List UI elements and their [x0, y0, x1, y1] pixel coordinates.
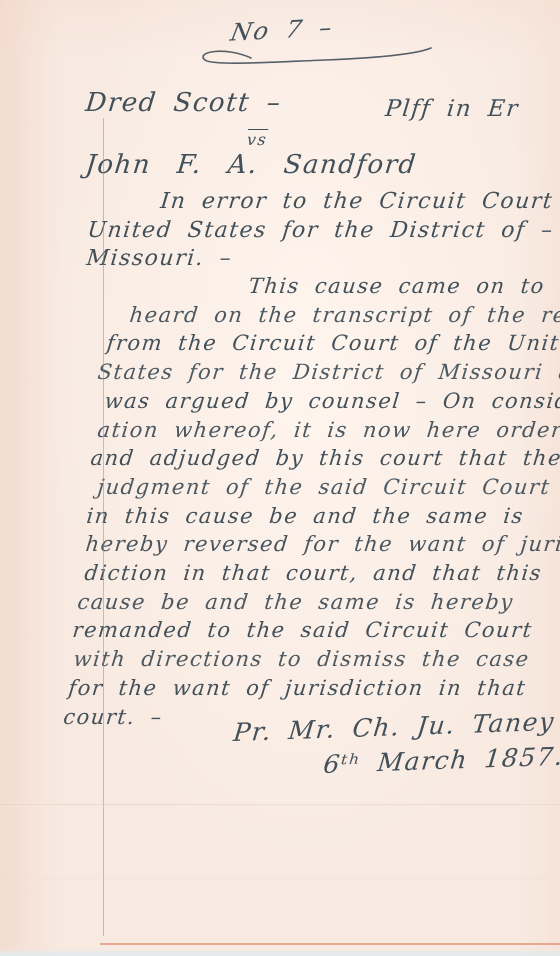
body-line: judgment of the said Circuit Court [96, 473, 560, 502]
body-line: States for the District of Missouri and [96, 358, 560, 387]
flourish-underline-icon [155, 44, 435, 78]
body-line: and adjudged by this court that the [89, 444, 560, 473]
paper-crease [0, 804, 560, 807]
body-line: remanded to the said Circuit Court [71, 616, 560, 645]
bottom-rule-horizontal [100, 943, 560, 945]
order-body: This cause came on to be heard on the tr… [60, 272, 560, 731]
body-line: heard on the transcript of the record [128, 301, 560, 330]
body-line: This cause came on to be [105, 272, 560, 301]
caption-line: Missouri. – [85, 245, 560, 274]
body-line: cause be and the same is hereby [76, 588, 560, 617]
body-line: diction in that court, and that this [83, 559, 560, 588]
versus-abbreviation: vs [246, 130, 268, 149]
margin-rule-vertical [103, 118, 104, 936]
body-line: ation whereof, it is now here ordered [96, 416, 560, 445]
order-date: 6ᵗʰ March 1857. [322, 742, 560, 779]
docket-number: No 7 – [0, 16, 560, 44]
caption-line: In error to the Circuit Court of the [91, 188, 560, 217]
plaintiff-name: Dred Scott – [84, 88, 283, 118]
paper-crease [0, 878, 560, 880]
body-line: in this cause be and the same is [85, 502, 560, 531]
defendant-name: John F. A. Sandford [84, 150, 418, 180]
body-line: for the want of jurisdiction in that [67, 674, 560, 703]
body-line: from the Circuit Court of the United [105, 329, 560, 358]
page-bottom-edge [0, 948, 560, 956]
body-line: with directions to dismiss the case [72, 645, 560, 674]
body-line: was argued by counsel – On consider [103, 387, 560, 416]
plaintiff-status: Plff in Er [384, 96, 520, 122]
manuscript-page: { "document": { "docket_number": "No 7 –… [0, 0, 560, 956]
case-caption: In error to the Circuit Court of the Uni… [85, 188, 560, 274]
body-line: hereby reversed for the want of juris [84, 530, 560, 559]
caption-line: United States for the District of – [86, 217, 560, 246]
